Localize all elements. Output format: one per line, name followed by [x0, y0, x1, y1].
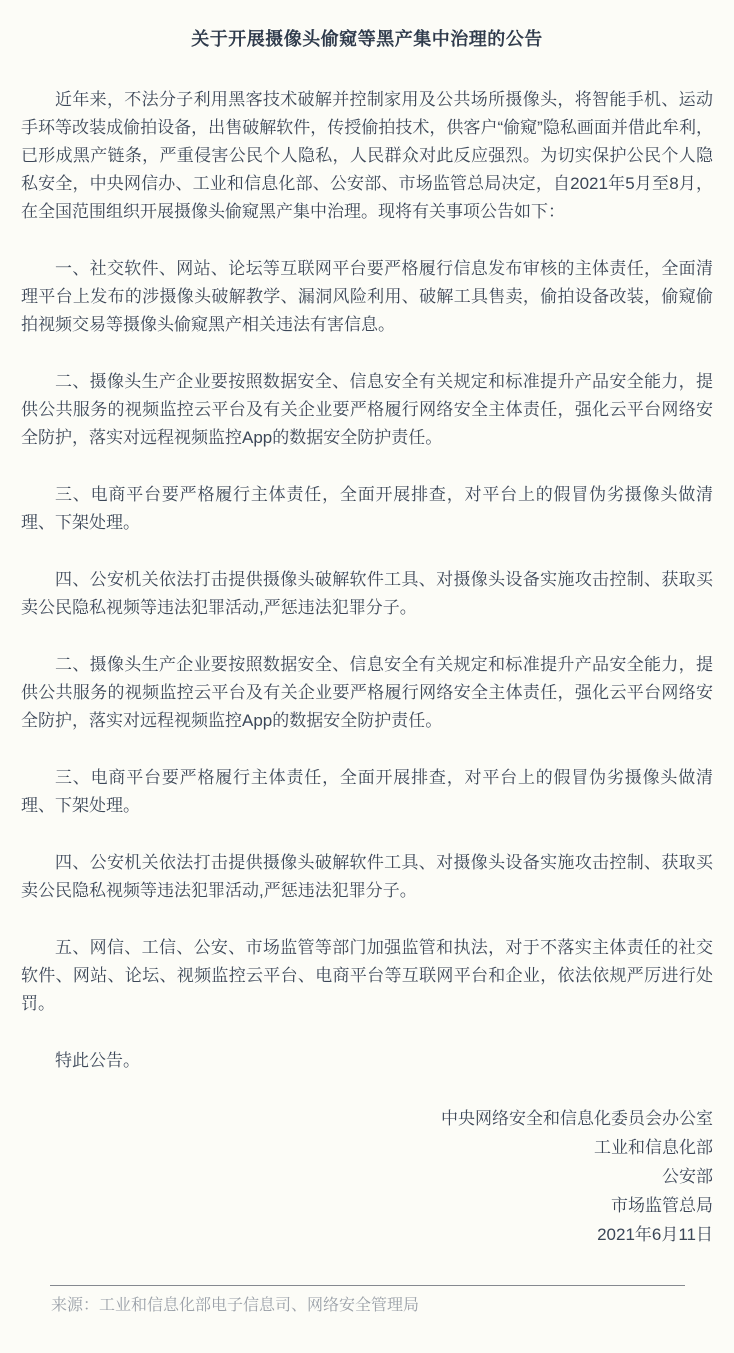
body-paragraph: 三、电商平台要严格履行主体责任，全面开展排查，对平台上的假冒伪劣摄像头做清理、下… — [21, 764, 713, 820]
body-paragraph: 二、摄像头生产企业要按照数据安全、信息安全有关规定和标准提升产品安全能力，提供公… — [21, 368, 713, 452]
announcement-date: 2021年6月11日 — [21, 1220, 713, 1249]
signature-block: 中央网络安全和信息化委员会办公室工业和信息化部公安部市场监管总局 — [21, 1104, 713, 1220]
announcement-page: 关于开展摄像头偷窥等黑产集中治理的公告 近年来，不法分子利用黑客技术破解并控制家… — [0, 0, 734, 1353]
body-paragraph: 四、公安机关依法打击提供摄像头破解软件工具、对摄像头设备实施攻击控制、获取买卖公… — [21, 566, 713, 622]
body-paragraph: 五、网信、工信、公安、市场监管等部门加强监管和执法，对于不落实主体责任的社交软件… — [21, 934, 713, 1018]
body-paragraph: 三、电商平台要严格履行主体责任，全面开展排查，对平台上的假冒伪劣摄像头做清理、下… — [21, 481, 713, 537]
body-paragraph: 一、社交软件、网站、论坛等互联网平台要严格履行信息发布审核的主体责任，全面清理平… — [21, 255, 713, 339]
signature-line: 市场监管总局 — [21, 1191, 713, 1220]
signature-line: 公安部 — [21, 1162, 713, 1191]
body-paragraph: 四、公安机关依法打击提供摄像头破解软件工具、对摄像头设备实施攻击控制、获取买卖公… — [21, 849, 713, 905]
source-value: 工业和信息化部电子信息司、网络安全管理局 — [99, 1297, 419, 1314]
signature-line: 中央网络安全和信息化委员会办公室 — [21, 1104, 713, 1133]
source-label: 来源： — [51, 1297, 99, 1314]
announcement-body: 近年来，不法分子利用黑客技术破解并控制家用及公共场所摄像头，将智能手机、运动手环… — [21, 86, 713, 1075]
source-line: 来源：工业和信息化部电子信息司、网络安全管理局 — [21, 1286, 713, 1317]
announcement-title: 关于开展摄像头偷窥等黑产集中治理的公告 — [21, 27, 713, 52]
signature-line: 工业和信息化部 — [21, 1133, 713, 1162]
body-paragraph: 近年来，不法分子利用黑客技术破解并控制家用及公共场所摄像头，将智能手机、运动手环… — [21, 86, 713, 226]
body-paragraph: 特此公告。 — [21, 1047, 713, 1075]
source-footer: 来源：工业和信息化部电子信息司、网络安全管理局 — [21, 1285, 713, 1317]
body-paragraph: 二、摄像头生产企业要按照数据安全、信息安全有关规定和标准提升产品安全能力，提供公… — [21, 651, 713, 735]
